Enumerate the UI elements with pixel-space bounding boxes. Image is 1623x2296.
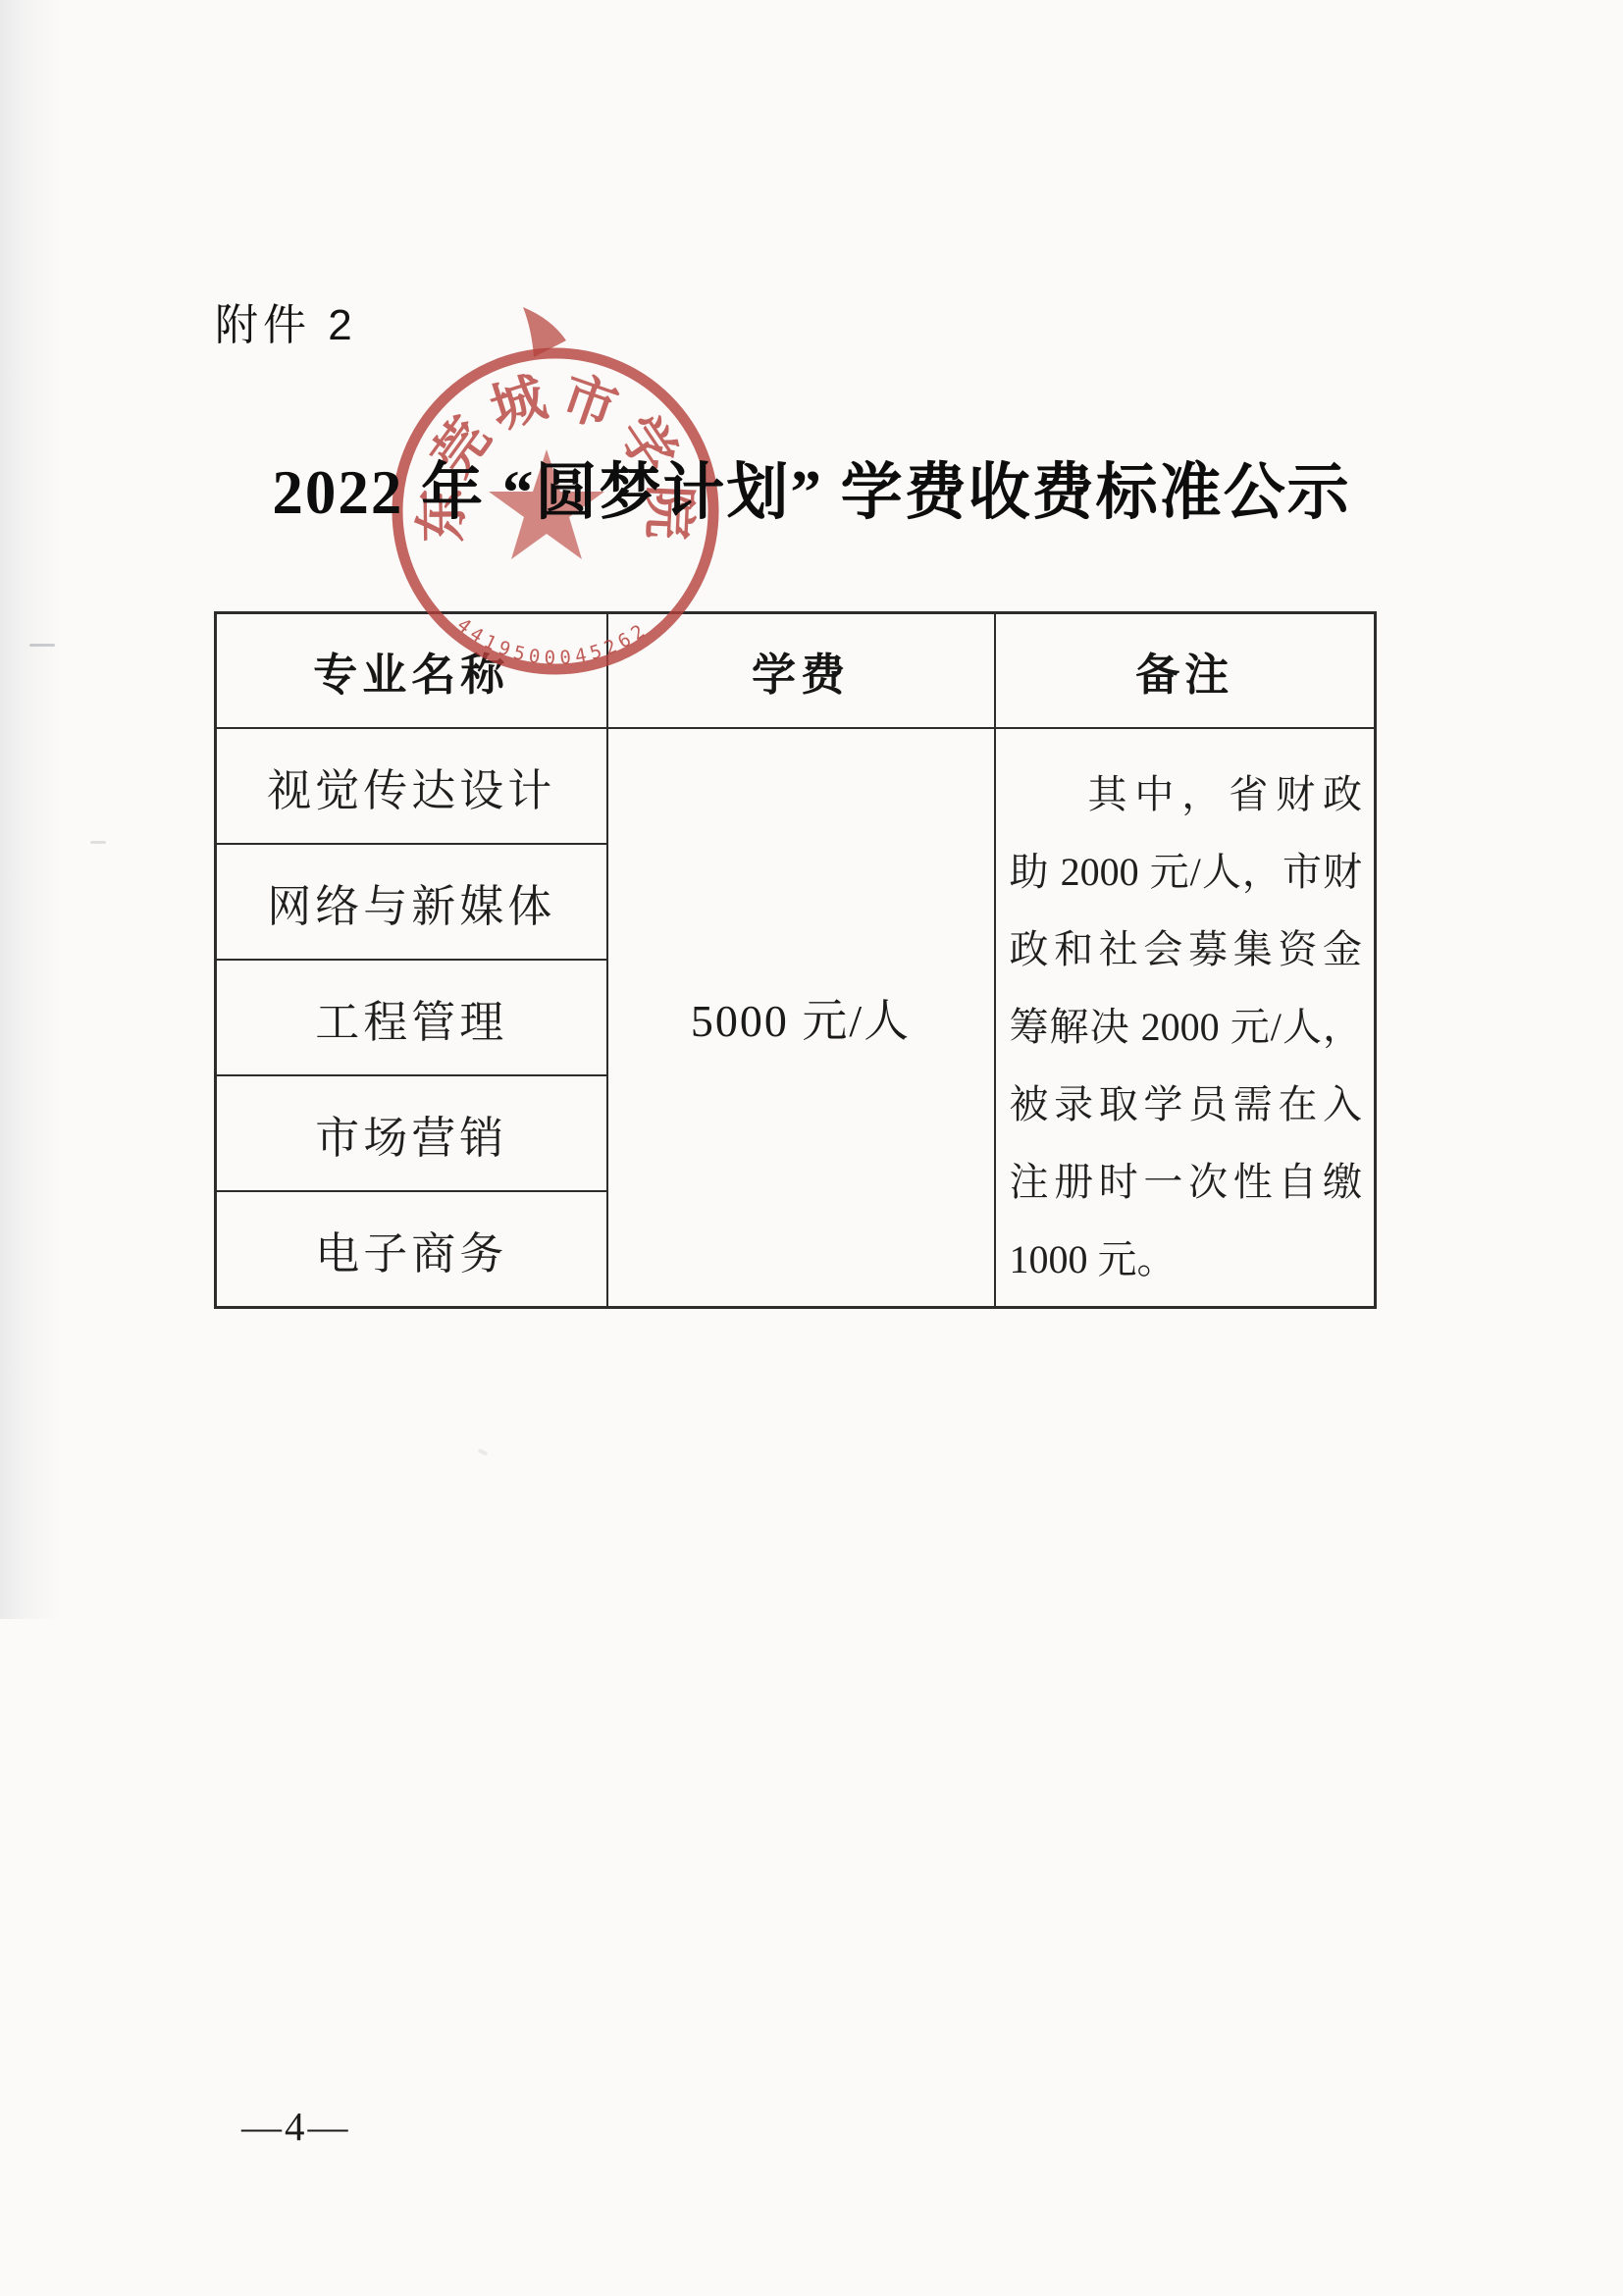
- table-header-row: 专业名称 学费 备注: [216, 613, 1376, 729]
- tuition-table: 专业名称 学费 备注 视觉传达设计 5000 元/人 其中，省财政补 助 200…: [214, 611, 1377, 1309]
- major-cell: 工程管理: [216, 960, 607, 1075]
- major-cell: 网络与新媒体: [216, 844, 607, 960]
- header-remark: 备注: [995, 613, 1376, 729]
- header-tuition: 学费: [607, 613, 995, 729]
- remark-line: 1000 元。: [1010, 1221, 1363, 1298]
- seal-top-mark: [523, 307, 566, 357]
- page-number: —4—: [241, 2103, 351, 2150]
- remark-line: 其中，省财政补: [1010, 756, 1363, 833]
- remark-line: 被录取学员需在入学: [1010, 1066, 1363, 1143]
- remark-cell: 其中，省财政补 助 2000 元/人，市财 政和社会募集资金统 筹解决 2000…: [995, 728, 1376, 1308]
- header-major: 专业名称: [216, 613, 607, 729]
- remark-line: 注册时一次性自缴: [1010, 1143, 1363, 1221]
- remark-line: 助 2000 元/人，市财: [1010, 833, 1363, 911]
- remark-line: 政和社会募集资金统: [1010, 911, 1363, 988]
- major-cell: 视觉传达设计: [216, 728, 607, 844]
- remark-line: 筹解决 2000 元/人，: [1010, 988, 1363, 1066]
- scan-speck: [478, 1448, 489, 1456]
- document-title: 2022 年 “圆梦计划” 学费收费标准公示: [0, 453, 1623, 532]
- table-row: 视觉传达设计 5000 元/人 其中，省财政补 助 2000 元/人，市财 政和…: [216, 728, 1376, 844]
- scan-speck: [29, 644, 55, 647]
- document-page: 附件 2 东莞城市学院 4419500045262 2022 年 “圆梦计划” …: [0, 0, 1623, 2296]
- major-cell: 市场营销: [216, 1075, 607, 1191]
- tuition-cell: 5000 元/人: [607, 728, 995, 1308]
- attachment-label: 附件 2: [215, 300, 357, 351]
- scan-artifact-band: [0, 0, 61, 1619]
- major-cell: 电子商务: [216, 1191, 607, 1308]
- scan-speck: [90, 841, 106, 844]
